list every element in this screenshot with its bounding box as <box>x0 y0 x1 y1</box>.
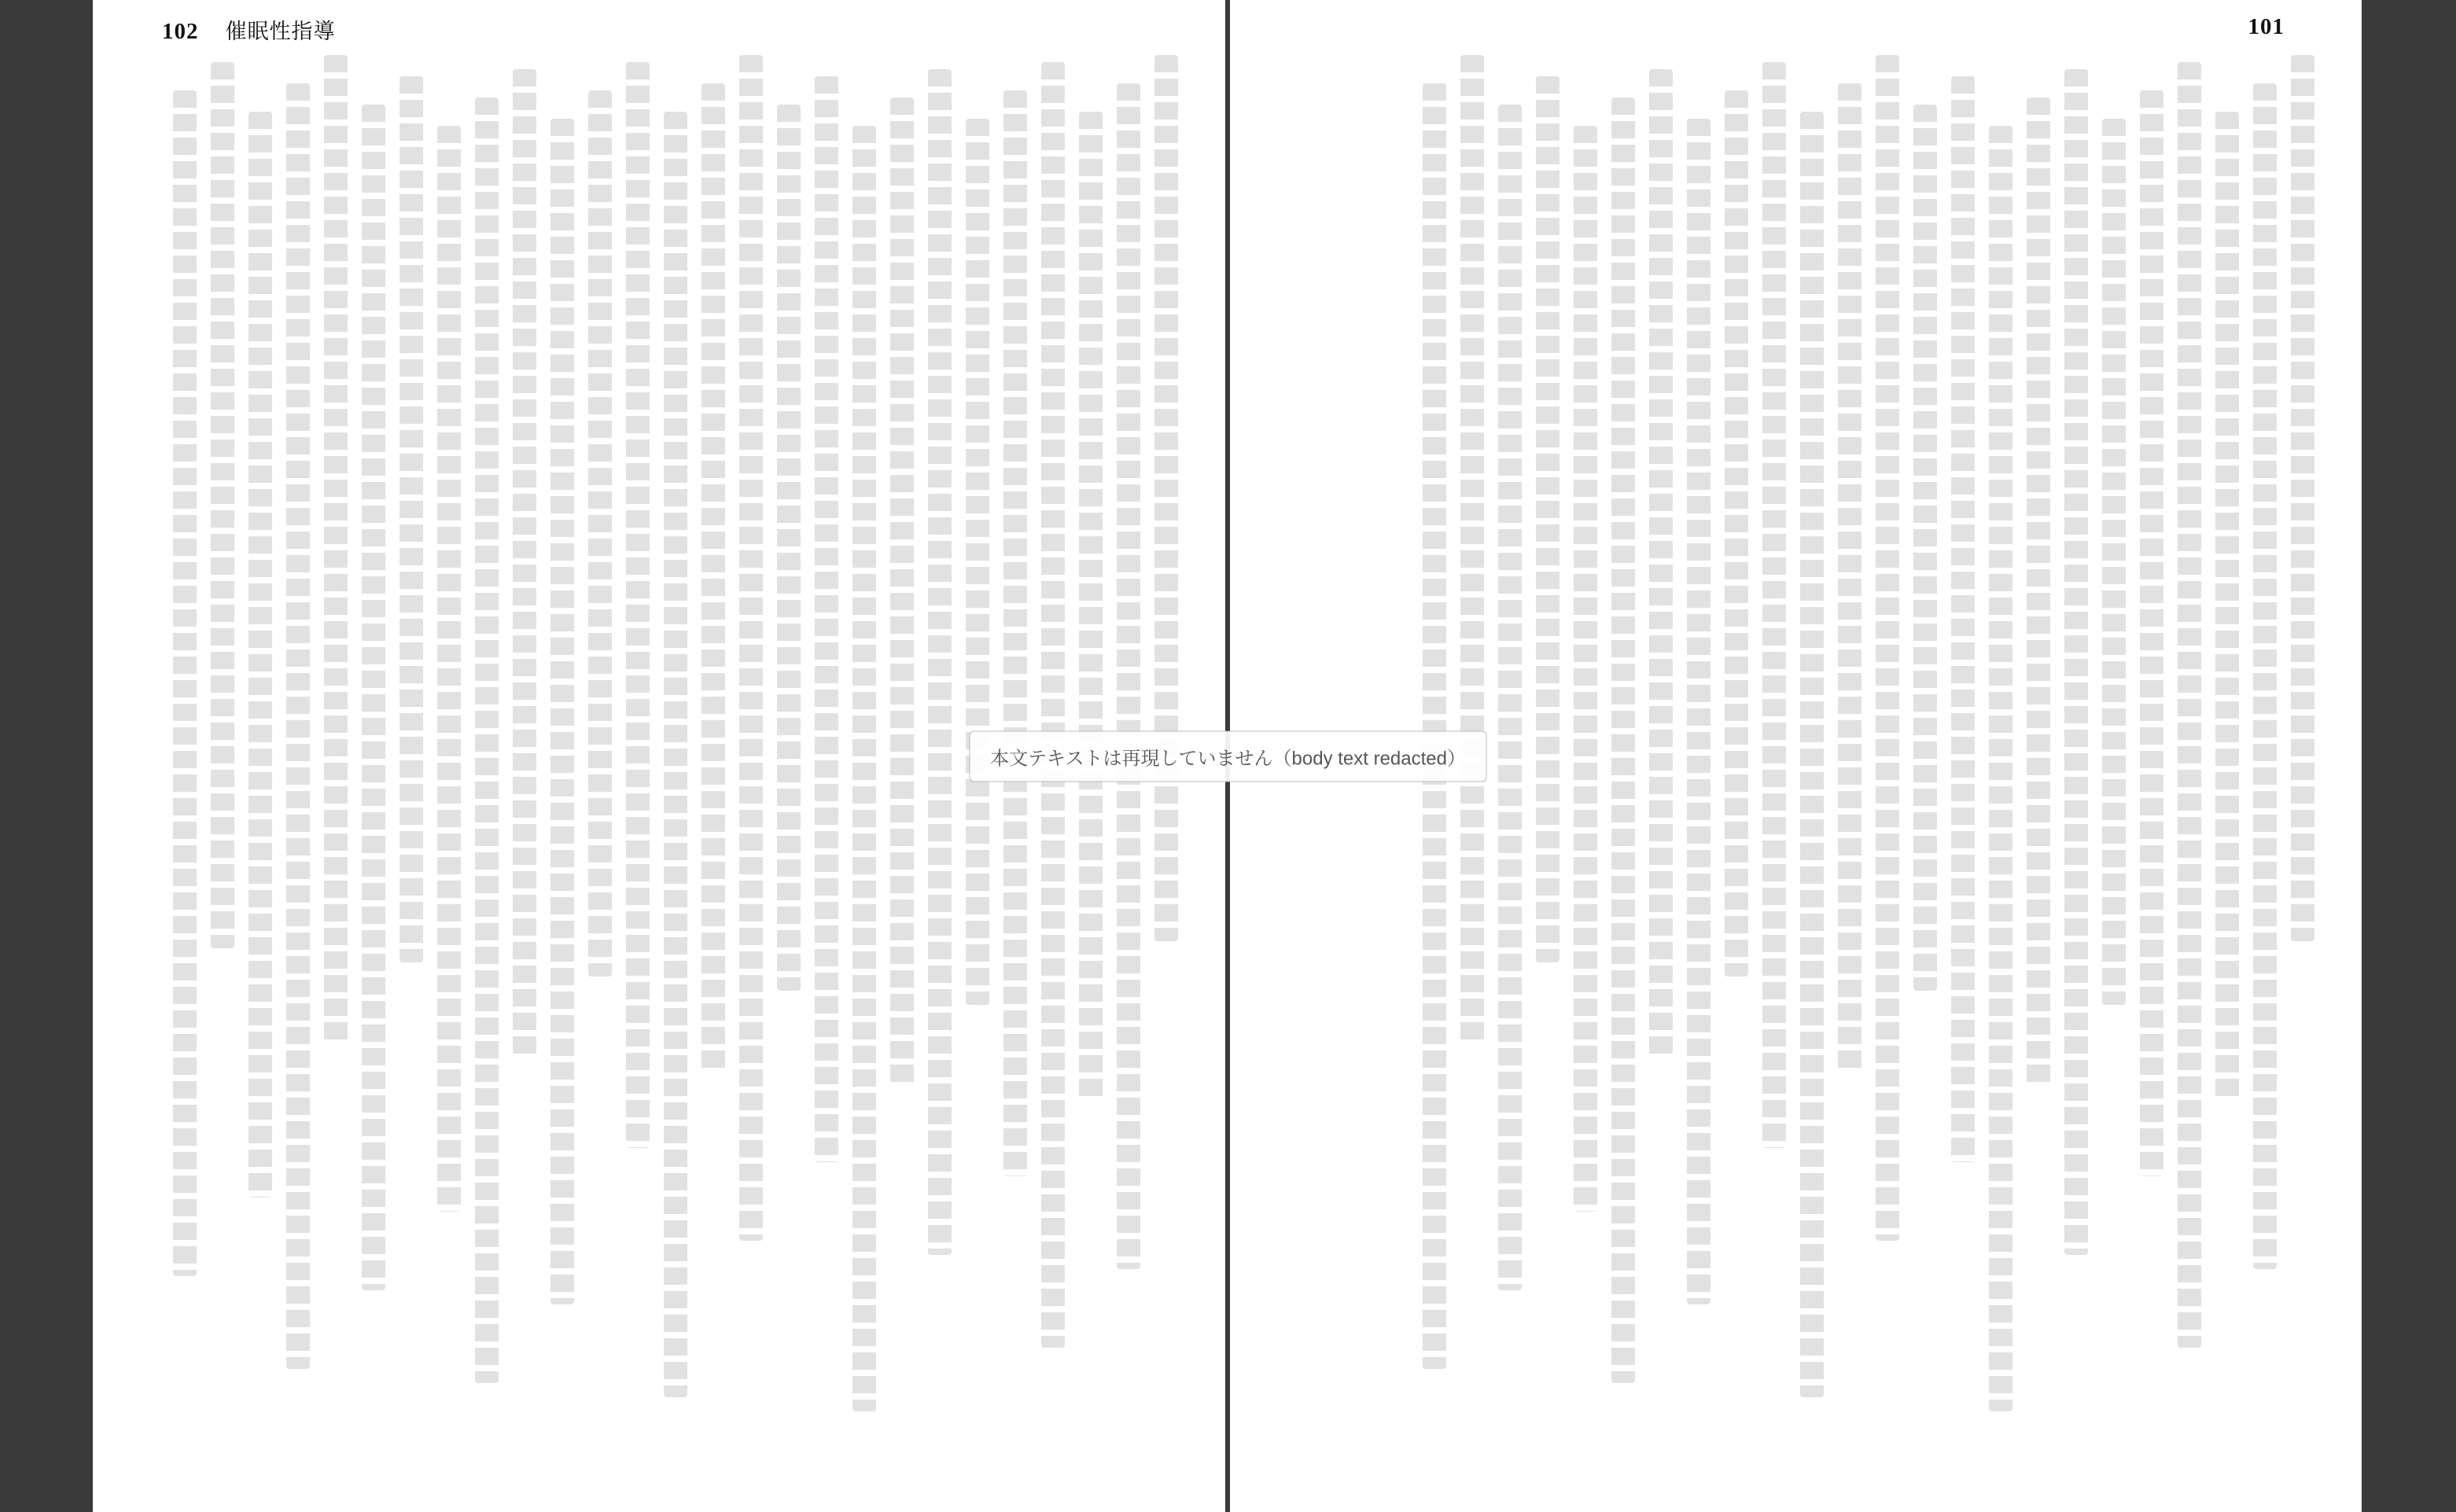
redacted-text-column <box>1687 119 1710 1304</box>
redacted-text-column <box>1536 76 1559 962</box>
redacted-text-column <box>1041 62 1065 1348</box>
redacted-text-column <box>1003 90 1027 1176</box>
redacted-text-column <box>626 62 650 1148</box>
redacted-text-column <box>928 69 952 1255</box>
viewer-right-margin <box>2362 0 2456 1512</box>
redacted-text-column <box>1611 97 1635 1383</box>
redacted-text-column <box>2178 62 2201 1348</box>
redacted-text-column <box>1989 126 2012 1411</box>
redacted-text-column <box>1079 112 1103 1098</box>
redacted-text-column <box>664 112 687 1397</box>
redacted-text-column <box>701 83 725 1069</box>
redacted-text-column <box>739 55 763 1241</box>
viewer-left-margin <box>0 0 93 1512</box>
redacted-text-column <box>777 105 801 991</box>
redacted-text-column <box>2253 83 2277 1269</box>
redacted-text-column <box>550 119 574 1304</box>
redacted-text-column <box>211 62 234 948</box>
redacted-text-column <box>815 76 838 1162</box>
redacted-text-column <box>1800 112 1824 1397</box>
redacted-text-column <box>1574 126 1597 1212</box>
running-title: 催眠性指導 <box>226 20 336 43</box>
redacted-text-column <box>1154 55 1178 941</box>
redacted-text-column <box>437 126 461 1212</box>
redacted-text-column <box>1876 55 1899 1241</box>
redacted-text-column <box>1913 105 1937 991</box>
redacted-text-column <box>1117 83 1140 1269</box>
page-header: 101 <box>2248 14 2285 40</box>
redacted-text-column <box>2140 90 2163 1176</box>
redacted-text-column <box>2064 69 2088 1255</box>
ebook-viewer: 102催眠性指導 101 本文テキストは再現していません（body text r… <box>0 0 2456 1512</box>
redacted-text-column <box>513 69 536 1055</box>
redacted-text-column <box>400 76 423 962</box>
redacted-text-column <box>966 119 989 1005</box>
redacted-text-column <box>2291 55 2314 941</box>
redacted-text-column <box>2027 97 2050 1083</box>
redacted-text-column <box>173 90 197 1276</box>
redacted-text-column <box>324 55 348 1041</box>
redacted-text-column <box>1951 76 1975 1162</box>
redacted-text-column <box>852 126 876 1411</box>
folio-number: 101 <box>2248 14 2285 39</box>
redacted-text-column <box>1423 83 1446 1369</box>
redacted-text-column <box>2215 112 2239 1098</box>
redacted-text-column <box>1762 62 1786 1148</box>
redacted-text-column <box>249 112 272 1197</box>
redaction-notice: 本文テキストは再現していません（body text redacted） <box>969 730 1487 782</box>
redacted-text-column <box>1460 55 1484 1041</box>
redacted-text-column <box>1838 83 1861 1069</box>
page-header: 102催眠性指導 <box>162 14 336 45</box>
folio-number: 102 <box>162 19 199 44</box>
redacted-text-column <box>475 97 499 1383</box>
redacted-text-column <box>286 83 310 1369</box>
redacted-text-column <box>588 90 612 977</box>
redacted-text-column <box>2102 119 2126 1005</box>
redacted-text-column <box>1649 69 1673 1055</box>
redacted-text-column <box>1498 105 1522 1290</box>
redacted-text-column <box>890 97 914 1083</box>
redacted-text-column <box>362 105 385 1290</box>
redacted-text-column <box>1725 90 1748 977</box>
